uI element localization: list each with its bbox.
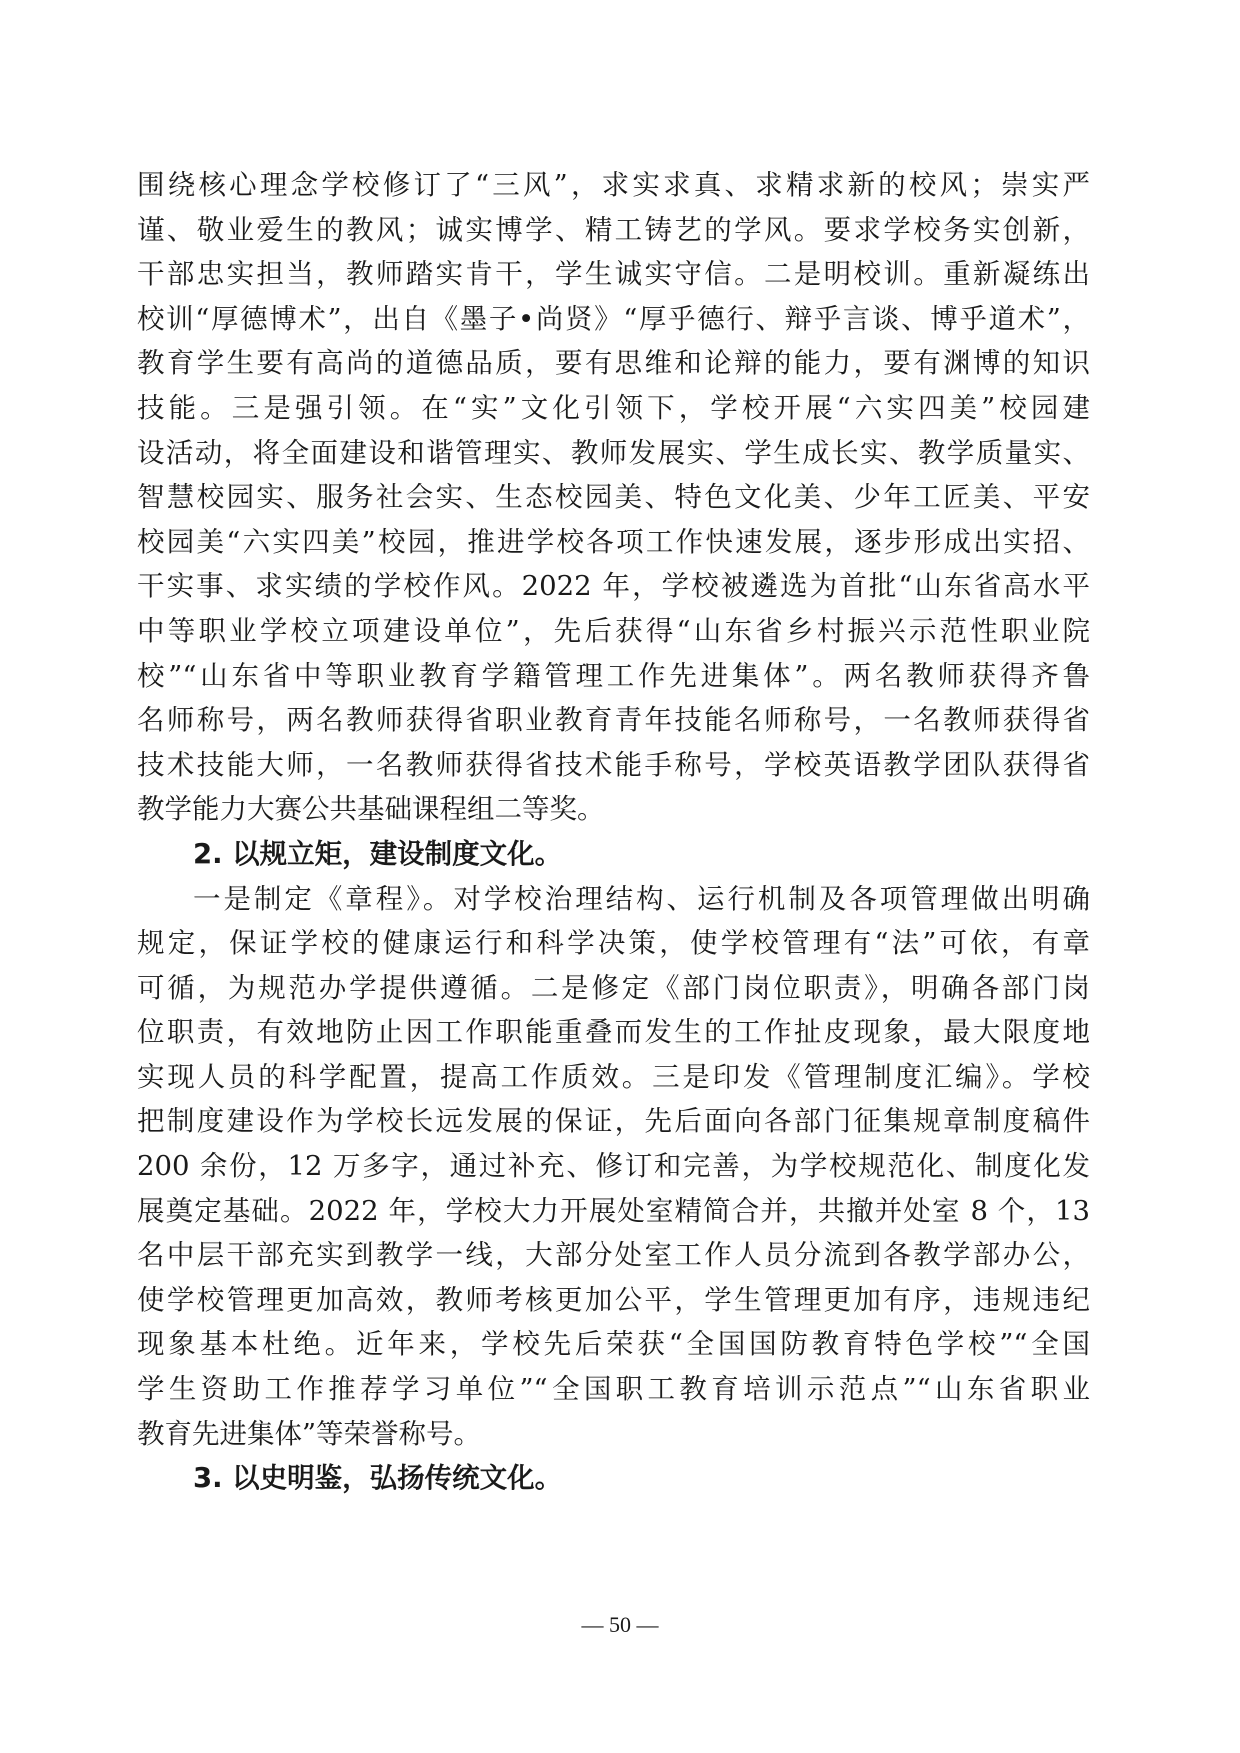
text-line: 教学能力大赛公共基础课程组二等奖。 <box>137 787 1090 832</box>
text-line: 名师称号，两名教师获得省职业教育青年技能名师称号，一名教师获得省 <box>137 698 1090 743</box>
text-line: 位职责，有效地防止因工作职能重叠而发生的工作扯皮现象，最大限度地 <box>137 1010 1090 1055</box>
text-line: 技能。三是强引领。在“实”文化引领下，学校开展“六实四美”校园建 <box>137 386 1090 431</box>
text-line: 可循，为规范办学提供遵循。二是修定《部门岗位职责》，明确各部门岗 <box>137 966 1090 1011</box>
text-line: 200 余份，12 万多字，通过补充、修订和完善，为学校规范化、制度化发 <box>137 1144 1090 1189</box>
text-line: 使学校管理更加高效，教师考核更加公平，学生管理更加有序，违规违纪 <box>137 1278 1090 1323</box>
text-line: 干实事、求实绩的学校作风。2022 年，学校被遴选为首批“山东省高水平 <box>137 564 1090 609</box>
text-line: 谨、敬业爱生的教风；诚实博学、精工铸艺的学风。要求学校务实创新， <box>137 208 1090 253</box>
text-line: 展奠定基础。2022 年，学校大力开展处室精简合并，共撤并处室 8 个，13 <box>137 1189 1090 1234</box>
text-line: 智慧校园实、服务社会实、生态校园美、特色文化美、少年工匠美、平安 <box>137 475 1090 520</box>
text-line: 校园美“六实四美”校园，推进学校各项工作快速发展，逐步形成出实招、 <box>137 520 1090 565</box>
text-line: 校训“厚德博术”，出自《墨子•尚贤》“厚乎德行、辩乎言谈、博乎道术”， <box>137 297 1090 342</box>
document-page: 围绕核心理念学校修订了“三风”，求实求真、求精求新的校风；崇实严 谨、敬业爱生的… <box>0 0 1240 1753</box>
section-heading-institutional-culture: 2. 以规立矩，建设制度文化。 <box>137 832 1090 877</box>
text-line: 学生资助工作推荐学习单位”“全国职工教育培训示范点”“山东省职业 <box>137 1367 1090 1412</box>
text-line: 实现人员的科学配置，提高工作质效。三是印发《管理制度汇编》。学校 <box>137 1055 1090 1100</box>
text-line: 一是制定《章程》。对学校治理结构、运行机制及各项管理做出明确 <box>137 877 1090 922</box>
text-line: 现象基本杜绝。近年来，学校先后荣获“全国国防教育特色学校”“全国 <box>137 1322 1090 1367</box>
text-line: 干部忠实担当，教师踏实肯干，学生诚实守信。二是明校训。重新凝练出 <box>137 252 1090 297</box>
page-number: — 50 — <box>0 1612 1240 1638</box>
section-heading-traditional-culture: 3. 以史明鉴，弘扬传统文化。 <box>137 1456 1090 1501</box>
text-line: 校”“山东省中等职业教育学籍管理工作先进集体”。两名教师获得齐鲁 <box>137 654 1090 699</box>
paragraph-institutional-culture: 一是制定《章程》。对学校治理结构、运行机制及各项管理做出明确 规定，保证学校的健… <box>137 877 1090 1457</box>
page-content: 围绕核心理念学校修订了“三风”，求实求真、求精求新的校风；崇实严 谨、敬业爱生的… <box>137 163 1090 1501</box>
text-line: 中等职业学校立项建设单位”，先后获得“山东省乡村振兴示范性职业院 <box>137 609 1090 654</box>
text-line: 规定，保证学校的健康运行和科学决策，使学校管理有“法”可依，有章 <box>137 921 1090 966</box>
text-line: 围绕核心理念学校修订了“三风”，求实求真、求精求新的校风；崇实严 <box>137 163 1090 208</box>
text-line: 设活动，将全面建设和谐管理实、教师发展实、学生成长实、教学质量实、 <box>137 431 1090 476</box>
text-line: 教育先进集体”等荣誉称号。 <box>137 1412 1090 1457</box>
text-line: 教育学生要有高尚的道德品质，要有思维和论辩的能力，要有渊博的知识 <box>137 341 1090 386</box>
text-line: 技术技能大师，一名教师获得省技术能手称号，学校英语教学团队获得省 <box>137 743 1090 788</box>
text-line: 把制度建设作为学校长远发展的保证，先后面向各部门征集规章制度稿件 <box>137 1099 1090 1144</box>
paragraph-school-culture: 围绕核心理念学校修订了“三风”，求实求真、求精求新的校风；崇实严 谨、敬业爱生的… <box>137 163 1090 832</box>
text-line: 名中层干部充实到教学一线，大部分处室工作人员分流到各教学部办公， <box>137 1233 1090 1278</box>
